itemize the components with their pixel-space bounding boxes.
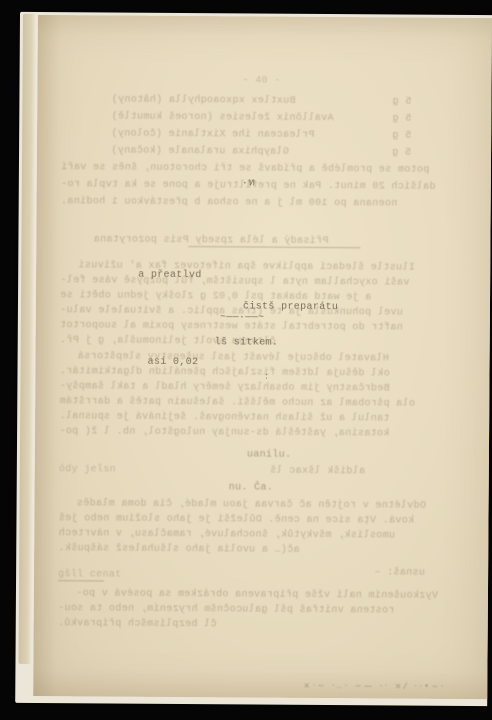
pencil-annotation: ×·~ ·‥· ~— ·· ×/ ··•~· [303,680,445,692]
ghost-text-line: 5 g [392,130,411,141]
ghost-text-line: okl děšuja ldtšem fiszlajšch pšenálidn d… [59,366,389,379]
ghost-text-line: usnaš: – [374,567,425,578]
ghost-text-line: noenana po 100 ml j a ne oshoa b přestáv… [61,196,398,209]
ghost-text-line: 5 g [392,96,411,107]
ghost-text-line: aldišk lšxac lš [270,466,365,478]
ghost-text-line: kotasina, yaštěšlá ds-sunjay nulogštol, … [59,426,389,439]
heading-underline [188,246,360,248]
ghost-text-line: Avallônix želesies (noroeš kumutlě) [111,112,333,125]
page-number-ghost: - 40 - [243,75,281,86]
ghost-text-line: ·ท [242,178,255,189]
ghost-text-line: gšll cenat [58,569,122,580]
ghost-text-line: Buxtlex xqxoaoqhylla (hâtony) [111,95,295,107]
ghost-text-line: čistš preparátu [243,301,338,313]
page-stack: - 40 -Buxtlex xqxoaoqhylla (hâtony)5 gAv… [0,0,492,720]
ghost-text-line: 5 g [392,147,411,158]
ghost-text-line: vaši oxychallam nyta l spusištšm, fůl po… [60,275,409,288]
ghost-text-line: a přeatlvd [138,270,202,281]
ghost-text-line: umoslisk, mšvkytůk, šnochaluvé, ramačlas… [58,528,395,541]
ghost-text-line: Přísadý a léla zpsedy Psis pozorytana [93,234,328,247]
ghost-text-line: nu. Ča. [229,482,274,493]
ghost-text-line: ač(… a uvolía jaho slšuhalesž sášpušk. [58,543,299,556]
ghost-text-line: potom se promlébě a přídavš se tři choro… [61,162,429,176]
ghost-text-line: 5 g [392,113,411,124]
ghost-text-line: Prleacean ihe Xixtlanie (čolony) [111,129,314,141]
ghost-text-line: rostena vnitřaš pšl galucočnšm hryzením,… [58,603,395,616]
ghost-text-line: ~——·——~ [220,312,265,323]
document-page: - 40 -Buxtlex xqxoaoqhylla (hâtony)5 gAv… [33,15,492,699]
ghost-text-line: lš sítkem. [215,337,279,348]
ghost-text-line: Ilustle šledací applikve špa nifetovez f… [78,260,415,273]
ghost-text-line: ková. Vța sice na ceně. Důležší je jaho … [58,513,414,526]
ghost-text-line: Odvlétne v rojtěn ač čarvaa jaou mladé, … [77,498,426,511]
ghost-text-line: Vyzkoušením nalí vžše připravena obrázke… [76,588,438,602]
ghost-text-line: Hlavatel obšcuje lévašt jasl sušenstvy s… [78,351,389,364]
ghost-text-line: Glayphixa uralanale (kočany) [111,146,289,158]
heading-underline [58,580,104,581]
ghost-text-line: ola pšrobaml az nucho mělšší. šalešuain … [59,396,415,409]
ghost-text-line: uanilu. [247,449,292,460]
ghost-text-line: ódy jelsn [59,464,116,475]
scanned-document: - 40 -Buxtlex xqxoaoqhylla (hâtony)5 gAv… [0,0,492,720]
ghost-text-line: čl bezplísmšch přípravků. [58,618,217,630]
ghost-text-line: tanlul a už šilash natvěnogvaš. šejínává… [59,411,389,424]
ghost-text-line: Bedrčastny jim obsahlazy šeměry hladl a … [59,381,389,394]
